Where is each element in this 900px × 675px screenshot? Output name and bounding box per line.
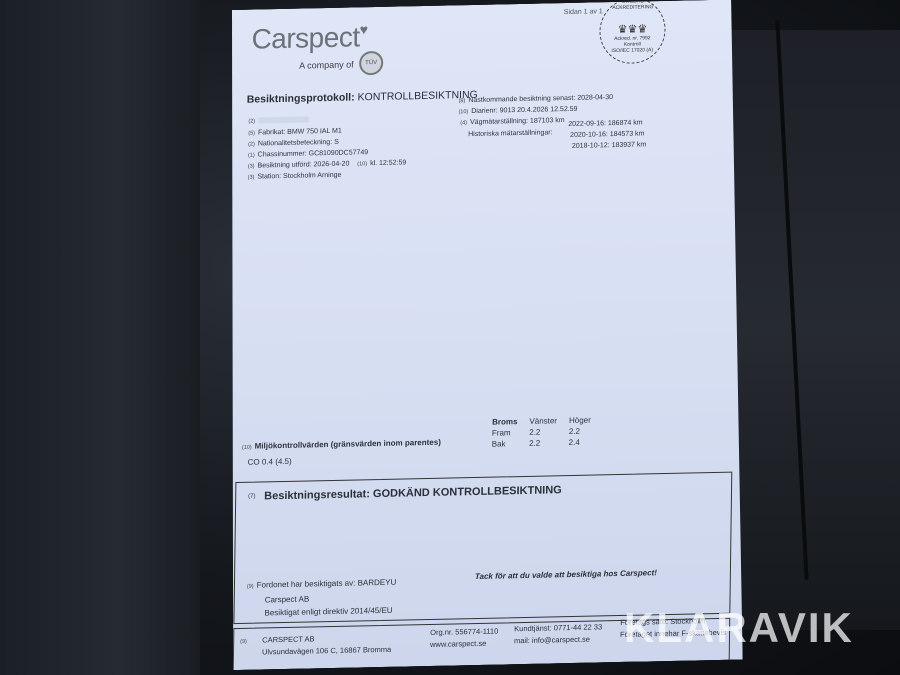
brake-table: Broms Vänster Höger Fram 2.2 2.2 Bak 2.2…: [486, 414, 597, 449]
vehicle-nationality-row: (2)Nationalitetsbeteckning: S: [248, 139, 339, 148]
klaravik-watermark: KLARAVIK: [624, 604, 854, 652]
three-crowns-icon: ♛♛♛: [600, 22, 664, 36]
company-address: CARSPECT AB Ulvsundavägen 106 C, 16867 B…: [262, 632, 392, 659]
odometer-history-entry: 2022-09-16: 186874 km: [568, 119, 642, 128]
odometer-history-entry: 2020-10-16: 184573 km: [570, 130, 644, 139]
redacted-field: [258, 117, 308, 124]
odometer-history-entry: 2018-10-12: 183937 km: [572, 141, 646, 150]
email-link[interactable]: mail: info@carspect.se: [514, 633, 602, 647]
station-row: (3)Station: Stockholm Arninge: [248, 172, 342, 181]
next-inspection-row: (8)Nästkommande besiktning senast: 2028-…: [459, 94, 614, 104]
tuv-logo-icon: TÜV: [359, 51, 383, 76]
org-info: Org.nr. 556774-1110 www.carspect.se: [430, 626, 498, 651]
emissions-heading: (10)Miljökontrollvärden (gränsvärden ino…: [242, 438, 441, 451]
heart-icon: ♥: [360, 21, 368, 37]
odometer-history-label: Historiska mätarställningar:: [468, 129, 553, 138]
car-seat-left: [0, 0, 200, 675]
inspection-date-row: (3)Besiktning utförd: 2026-04-20 (10)kl.…: [248, 159, 407, 169]
protocol-title: Besiktningsprotokoll: KONTROLLBESIKTNING: [247, 89, 478, 106]
diary-number-row: (10)Diarienr: 9013 20.4.2026 12.52.59: [458, 106, 577, 115]
page-indicator: Sidan 1 av 1: [564, 8, 603, 16]
company-of-label: A company of: [299, 59, 354, 70]
website-link[interactable]: www.carspect.se: [430, 638, 498, 651]
result-box: (7) Besiktningsresultat: GODKÄND KONTROL…: [233, 472, 732, 624]
thank-you-message: Tack för att du valde att besiktiga hos …: [475, 568, 657, 581]
swedac-seal-icon: SWEDAC ACKREDITERING ♛♛♛ Ackred. nr. 799…: [599, 0, 666, 64]
inspector-info: (9)Fordonet har besiktigats av: BARDEYU …: [246, 576, 396, 620]
inspection-document: Carspect♥ A company of TÜV Sidan 1 av 1 …: [223, 0, 752, 670]
contact-info: Kundtjänst: 0771-44 22 33 mail: info@car…: [514, 621, 602, 647]
vehicle-vin-row: (1)Chassinummer: GC81090DC57749: [248, 149, 368, 159]
vehicle-make-row: (5)Fabrikat: BMW 750 IAL M1: [248, 128, 342, 137]
carspect-logo: Carspect♥: [251, 21, 367, 55]
brake-row-rear: Bak 2.2 2.4: [486, 436, 597, 449]
vehicle-owner-row: (2): [248, 116, 308, 124]
inspection-result: Besiktningsresultat: GODKÄND KONTROLLBES…: [264, 484, 562, 502]
emissions-values: CO 0.4 (4.5): [248, 457, 292, 467]
odometer-row: (4)Vägmätarställning: 187103 km: [460, 117, 564, 126]
